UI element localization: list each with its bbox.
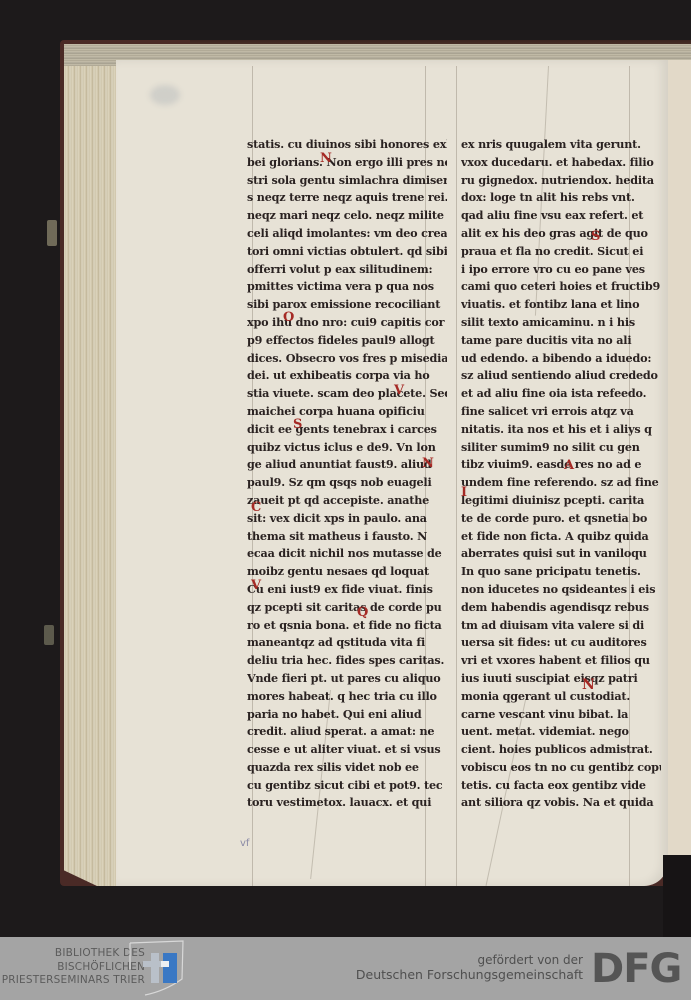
text-line: tame pare ducitis vita no ali (461, 332, 661, 350)
text-line: non iducetes no qsideantes i eis (461, 581, 661, 599)
text-line: siliter sumim9 no silit cu gen (461, 439, 661, 457)
text-line: offerri volut p eax silitudinem: (247, 261, 447, 279)
rubric-initial: V (251, 578, 261, 593)
text-line: uersa sit fides: ut cu auditores (461, 634, 661, 652)
rubric-initial: N (422, 456, 434, 471)
rubric-initial: A (564, 458, 574, 473)
text-line: dem habendis agendisqz rebus (461, 599, 661, 617)
folio-mark: vf (240, 838, 249, 849)
footer-bar: BIBLIOTHEK DES BISCHÖFLICHEN PRIESTERSEM… (0, 937, 691, 1000)
text-line: et fide non ficta. A quibz quida (461, 528, 661, 546)
text-line: xpo ihu dno nro: cui9 capitis cor (247, 314, 447, 332)
ink-smudge (150, 85, 180, 105)
text-line: ant siliora qz vobis. Na et quida (461, 794, 661, 812)
text-line: sit: vex dicit xps in paulo. ana (247, 510, 447, 528)
text-line: sibi parox emissione recociliant (247, 296, 447, 314)
text-line: ud edendo. a bibendo a iduedo: (461, 350, 661, 368)
text-line: monia qgerant ul custodiat. (461, 688, 661, 706)
text-line: et ad aliu fine oia ista refeedo. (461, 385, 661, 403)
text-line: viuatis. et fontibz lana et lino (461, 296, 661, 314)
text-line: Cu eni iust9 ex fide viuat. finis (247, 581, 447, 599)
text-line: tibz viuim9. easde res no ad e (461, 456, 661, 474)
text-line: dices. Obsecro vos fres p misedia (247, 350, 447, 368)
text-line: ius iuuti suscipiat eisqz patri (461, 670, 661, 688)
library-name-line: BIBLIOTHEK DES (2, 947, 145, 961)
text-line: thema sit matheus i fausto. N (247, 528, 447, 546)
text-line: cesse e ut aliter viuat. et si vsus (247, 741, 447, 759)
library-name-line: PRIESTERSEMINARS TRIER (2, 974, 145, 988)
text-line: bei glorians. Non ergo illi pres no (247, 154, 447, 172)
text-line: p9 effectos fideles paul9 allogt (247, 332, 447, 350)
text-column-right: ex nris quugalem vita gerunt. vxox duced… (461, 136, 661, 812)
library-name: BIBLIOTHEK DES BISCHÖFLICHEN PRIESTERSEM… (2, 947, 145, 988)
text-line: qad aliu fine vsu eax refert. et (461, 207, 661, 225)
text-line: maichei corpa huana opificiu (247, 403, 447, 421)
text-line: ecaa dicit nichil nos mutasse de (247, 545, 447, 563)
text-line: moibz gentu nesaes qd loquat (247, 563, 447, 581)
text-line: te de corde puro. et qsnetia bo (461, 510, 661, 528)
text-line: paria no habet. Qui eni aliud (247, 706, 447, 724)
funding-line: gefördert von der (356, 953, 583, 967)
text-line: carne vescant vinu bibat. la (461, 706, 661, 724)
text-line: tetis. cu facta eox gentibz vide (461, 777, 661, 795)
text-line: ex nris quugalem vita gerunt. (461, 136, 661, 154)
text-line: vxox ducedaru. et habedax. filio (461, 154, 661, 172)
text-line: credit. aliud sperat. a amat: ne (247, 723, 447, 741)
text-line: toru vestimetox. lauacx. et qui (247, 794, 447, 812)
text-line: stri sola gentu simlachra dimisert. (247, 172, 447, 190)
text-line: Vnde fieri pt. ut pares cu aliquo (247, 670, 447, 688)
facing-page-edge (666, 60, 691, 863)
text-line: aberrates quisi sut in vaniloqu (461, 545, 661, 563)
library-crest-icon (125, 939, 193, 997)
clasp-bottom (44, 625, 54, 645)
funding-line: Deutschen Forschungsgemeinschaft (356, 967, 583, 982)
text-line: maneantqz ad qstituda vita fi (247, 634, 447, 652)
text-line: legitimi diuinisz pcepti. carita (461, 492, 661, 510)
page-stack-edge (64, 44, 124, 864)
rubric-initial: Q (357, 605, 368, 620)
ruling-line (456, 66, 457, 886)
rubric-initial: I (461, 485, 467, 500)
text-line: stia viuete. scam deo placete. Sed (247, 385, 447, 403)
text-line: cu gentibz sicut cibi et pot9. tec (247, 777, 447, 795)
text-line: statis. cu diuinos sibi honores exhi (247, 136, 447, 154)
text-line: In quo sane pricipatu tenetis. (461, 563, 661, 581)
text-line: ru gignedox. nutriendox. hedita (461, 172, 661, 190)
text-line: paul9. Sz qm qsqs nob euageli (247, 474, 447, 492)
text-line: alit ex his deo gras agit de quo (461, 225, 661, 243)
text-line: sz aliud sentiendo aliud crededo (461, 367, 661, 385)
text-line: uent. metat. videmiat. nego (461, 723, 661, 741)
rubric-initial: C (251, 500, 261, 515)
clasp-top (47, 220, 57, 246)
text-line: deliu tria hec. fides spes caritas. (247, 652, 447, 670)
text-line: celi aliqd imolantes: vm deo crea (247, 225, 447, 243)
text-line: nitatis. ita nos et his et i aliys q (461, 421, 661, 439)
text-line: dox: loge tn alit his rebs vnt. (461, 189, 661, 207)
text-line: pmittes victima vera p qua nos (247, 278, 447, 296)
text-line: zaueit pt qd accepiste. anathe (247, 492, 447, 510)
manuscript-scan: statis. cu diuinos sibi honores exhi bei… (0, 0, 691, 937)
text-line: fine salicet vri errois atqz va (461, 403, 661, 421)
text-line: i ipo errore vro cu eo pane ves (461, 261, 661, 279)
text-line: quazda rex silis videt nob ee (247, 759, 447, 777)
text-line: vobiscu eos tn no cu gentibz copu (461, 759, 661, 777)
rubric-initial: N (320, 151, 332, 166)
funding-text: gefördert von der Deutschen Forschungsge… (356, 953, 583, 982)
dfg-logo: DFG (591, 952, 685, 986)
text-line: ro et qsnia bona. et fide no ficta (247, 617, 447, 635)
rubric-initial: N (582, 677, 595, 693)
text-line: mores habeat. q hec tria cu illo (247, 688, 447, 706)
text-line: silit texto amicaminu. n i his (461, 314, 661, 332)
text-line: tm ad diuisam vita valere si di (461, 617, 661, 635)
library-name-line: BISCHÖFLICHEN (2, 961, 145, 975)
text-line: quibz victus iclus e de9. Vn lon (247, 439, 447, 457)
text-line: qz pcepti sit caritas de corde pu (247, 599, 447, 617)
text-line: tori omni victias obtulert. qd sibi (247, 243, 447, 261)
text-line: neqz mari neqz celo. neqz milite (247, 207, 447, 225)
text-line: dei. ut exhibeatis corpa via ho (247, 367, 447, 385)
rubric-initial: S (293, 417, 302, 432)
background-shadow (663, 855, 691, 937)
text-line: dicit ee gents tenebrax i carces (247, 421, 447, 439)
text-line: ge aliud anuntiat faust9. aliud (247, 456, 447, 474)
rubric-initial: V (394, 383, 404, 398)
text-line: cami quo ceteri hoies et fructib9 (461, 278, 661, 296)
rubric-initial: S (591, 229, 600, 244)
text-line: s neqz terre neqz aquis trene rei. (247, 189, 447, 207)
text-line: undem fine referendo. sz ad fine (461, 474, 661, 492)
text-line: praua et fla no credit. Sicut ei (461, 243, 661, 261)
text-line: cient. hoies publicos admistrat. (461, 741, 661, 759)
rubric-initial: O (283, 310, 294, 325)
text-line: vri et vxores habent et filios qu (461, 652, 661, 670)
text-column-left: statis. cu diuinos sibi honores exhi bei… (247, 136, 447, 812)
